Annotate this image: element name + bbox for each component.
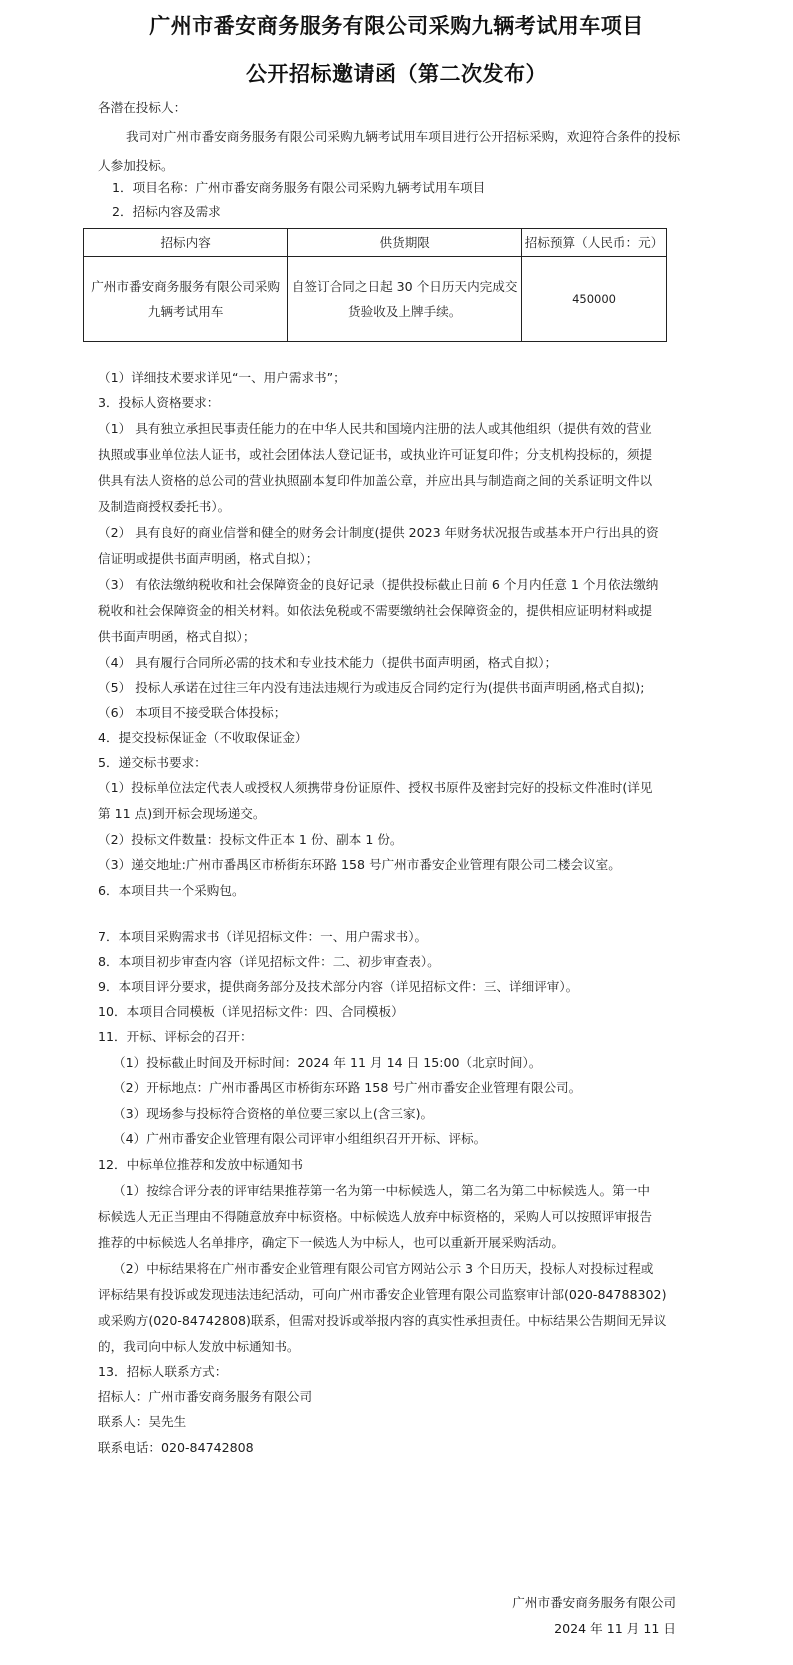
item-10: 10．本项目合同模板（详见招标文件：四、合同模板） (98, 1004, 404, 1020)
item-12-1-line-1: （1）按综合评分表的评审结果推荐第一名为第一中标候选人，第二名为第二中标候选人。… (113, 1183, 650, 1199)
document-title-line2: 公开招标邀请函（第二次发布） (0, 58, 793, 88)
item-3-3-line-3: 供书面声明函，格式自拟）； (98, 629, 255, 645)
item-12-1-line-3: 推荐的中标候选人名单排序，确定下一候选人为中标人，也可以重新开展采购活动。 (98, 1235, 564, 1251)
item-3-6: （6） 本项目不接受联合体投标； (98, 705, 286, 721)
table-cell-content: 广州市番安商务服务有限公司采购 九辆考试用车 (84, 257, 288, 342)
item-5-heading: 5．递交标书要求： (98, 755, 207, 771)
table-header-period: 供货期限 (288, 229, 522, 257)
item-3-heading: 3．投标人资格要求： (98, 395, 219, 411)
item-4: 4．提交投标保证金（不收取保证金） (98, 730, 308, 746)
salutation: 各潜在投标人： (98, 100, 186, 116)
item-2-heading: 2．招标内容及需求 (98, 204, 221, 220)
signature-date: 2024 年 11 月 11 日 (554, 1618, 676, 1637)
item-3-2-line-2: 信证明或提供书面声明函，格式自拟）； (98, 551, 318, 567)
item-11-3: （3）现场参与投标符合资格的单位要三家以上(含三家)。 (113, 1106, 433, 1122)
contact-person: 联系人：吴先生 (98, 1414, 186, 1430)
table-cell-period: 自签订合同之日起 30 个日历天内完成交 货验收及上牌手续。 (288, 257, 522, 342)
item-3-4: （4） 具有履行合同所必需的技术和专业技术能力（提供书面声明函，格式自拟）； (98, 655, 557, 671)
item-1-project-name: 1．项目名称：广州市番安商务服务有限公司采购九辆考试用车项目 (98, 180, 485, 196)
item-12-2-line-2: 评标结果有投诉或发现违法违纪活动，可向广州市番安企业管理有限公司监察审计部(02… (98, 1287, 666, 1303)
item-9: 9．本项目评分要求，提供商务部分及技术部分内容（详见招标文件：三、详细评审）。 (98, 979, 578, 995)
table-header-row: 招标内容 供货期限 招标预算（人民币：元） (84, 229, 667, 257)
item-12-2-line-1: （2）中标结果将在广州市番安企业管理有限公司官方网站公示 3 个日历天，投标人对… (113, 1261, 653, 1277)
intro-line-2: 人参加投标。 (98, 158, 174, 174)
item-12-2-line-4: 的，我司向中标人发放中标通知书。 (98, 1339, 300, 1355)
item-7: 7．本项目采购需求书（详见招标文件：一、用户需求书）。 (98, 929, 427, 945)
content-line-2: 九辆考试用车 (86, 299, 285, 324)
contact-tenderer: 招标人：广州市番安商务服务有限公司 (98, 1389, 312, 1405)
item-12-2-line-3: 或采购方(020-84742808)联系，但需对投诉或举报内容的真实性承担责任。… (98, 1313, 666, 1329)
table-header-budget: 招标预算（人民币：元） (522, 229, 667, 257)
item-13-heading: 13．招标人联系方式： (98, 1364, 227, 1380)
item-6: 6．本项目共一个采购包。 (98, 883, 245, 899)
item-12-heading: 12．中标单位推荐和发放中标通知书 (98, 1157, 303, 1173)
item-2-note: （1）详细技术要求详见“一、用户需求书”； (98, 370, 346, 386)
contact-phone: 联系电话：020-84742808 (98, 1440, 254, 1456)
item-3-1-line-4: 及制造商授权委托书）。 (98, 499, 230, 515)
item-3-5: （5） 投标人承诺在过往三年内没有违法违规行为或违反合同约定行为(提供书面声明函… (98, 680, 644, 696)
table-header-content: 招标内容 (84, 229, 288, 257)
item-3-3-line-1: （3） 有依法缴纳税收和社会保障资金的良好记录（提供投标截止日前 6 个月内任意… (98, 577, 658, 593)
item-3-3-line-2: 税收和社会保障资金的相关材料。如依法免税或不需要缴纳社会保障资金的，提供相应证明… (98, 603, 652, 619)
item-12-1-line-2: 标候选人无正当理由不得随意放弃中标资格。中标候选人放弃中标资格的，采购人可以按照… (98, 1209, 652, 1225)
item-3-1-line-2: 执照或事业单位法人证书，或社会团体法人登记证书，或执业许可证复印件；分支机构投标… (98, 447, 652, 463)
item-8: 8．本项目初步审查内容（详见招标文件：二、初步审查表）。 (98, 954, 440, 970)
item-5-1-line-2: 第 11 点)到开标会现场递交。 (98, 806, 265, 822)
item-5-2: （2）投标文件数量：投标文件正本 1 份、副本 1 份。 (98, 832, 403, 848)
intro-line-1: 我司对广州市番安商务服务有限公司采购九辆考试用车项目进行公开招标采购，欢迎符合条… (98, 129, 680, 145)
item-11-1: （1）投标截止时间及开标时间：2024 年 11 月 14 日 15:00（北京… (113, 1055, 541, 1071)
content-line-1: 广州市番安商务服务有限公司采购 (86, 274, 285, 299)
document-title-line1: 广州市番安商务服务有限公司采购九辆考试用车项目 (0, 10, 793, 40)
table-cell-budget: 450000 (522, 257, 667, 342)
requirements-table: 招标内容 供货期限 招标预算（人民币：元） 广州市番安商务服务有限公司采购 九辆… (83, 228, 667, 342)
item-11-4: （4）广州市番安企业管理有限公司评审小组组织召开开标、评标。 (113, 1131, 486, 1147)
item-3-1-line-1: （1） 具有独立承担民事责任能力的在中华人民共和国境内注册的法人或其他组织（提供… (98, 421, 652, 437)
item-5-3: （3）递交地址:广州市番禺区市桥街东环路 158 号广州市番安企业管理有限公司二… (98, 857, 621, 873)
item-11-heading: 11．开标、评标会的召开： (98, 1029, 253, 1045)
period-line-2: 货验收及上牌手续。 (290, 299, 519, 324)
table-row: 广州市番安商务服务有限公司采购 九辆考试用车 自签订合同之日起 30 个日历天内… (84, 257, 667, 342)
item-3-1-line-3: 供具有法人资格的总公司的营业执照副本复印件加盖公章，并应出具与制造商之间的关系证… (98, 473, 652, 489)
item-3-2-line-1: （2） 具有良好的商业信誉和健全的财务会计制度(提供 2023 年财务状况报告或… (98, 525, 659, 541)
item-5-1-line-1: （1）投标单位法定代表人或授权人须携带身份证原件、授权书原件及密封完好的投标文件… (98, 780, 652, 796)
signature-company: 广州市番安商务服务有限公司 (512, 1592, 676, 1611)
item-11-2: （2）开标地点：广州市番禺区市桥街东环路 158 号广州市番安企业管理有限公司。 (113, 1080, 581, 1096)
period-line-1: 自签订合同之日起 30 个日历天内完成交 (290, 274, 519, 299)
